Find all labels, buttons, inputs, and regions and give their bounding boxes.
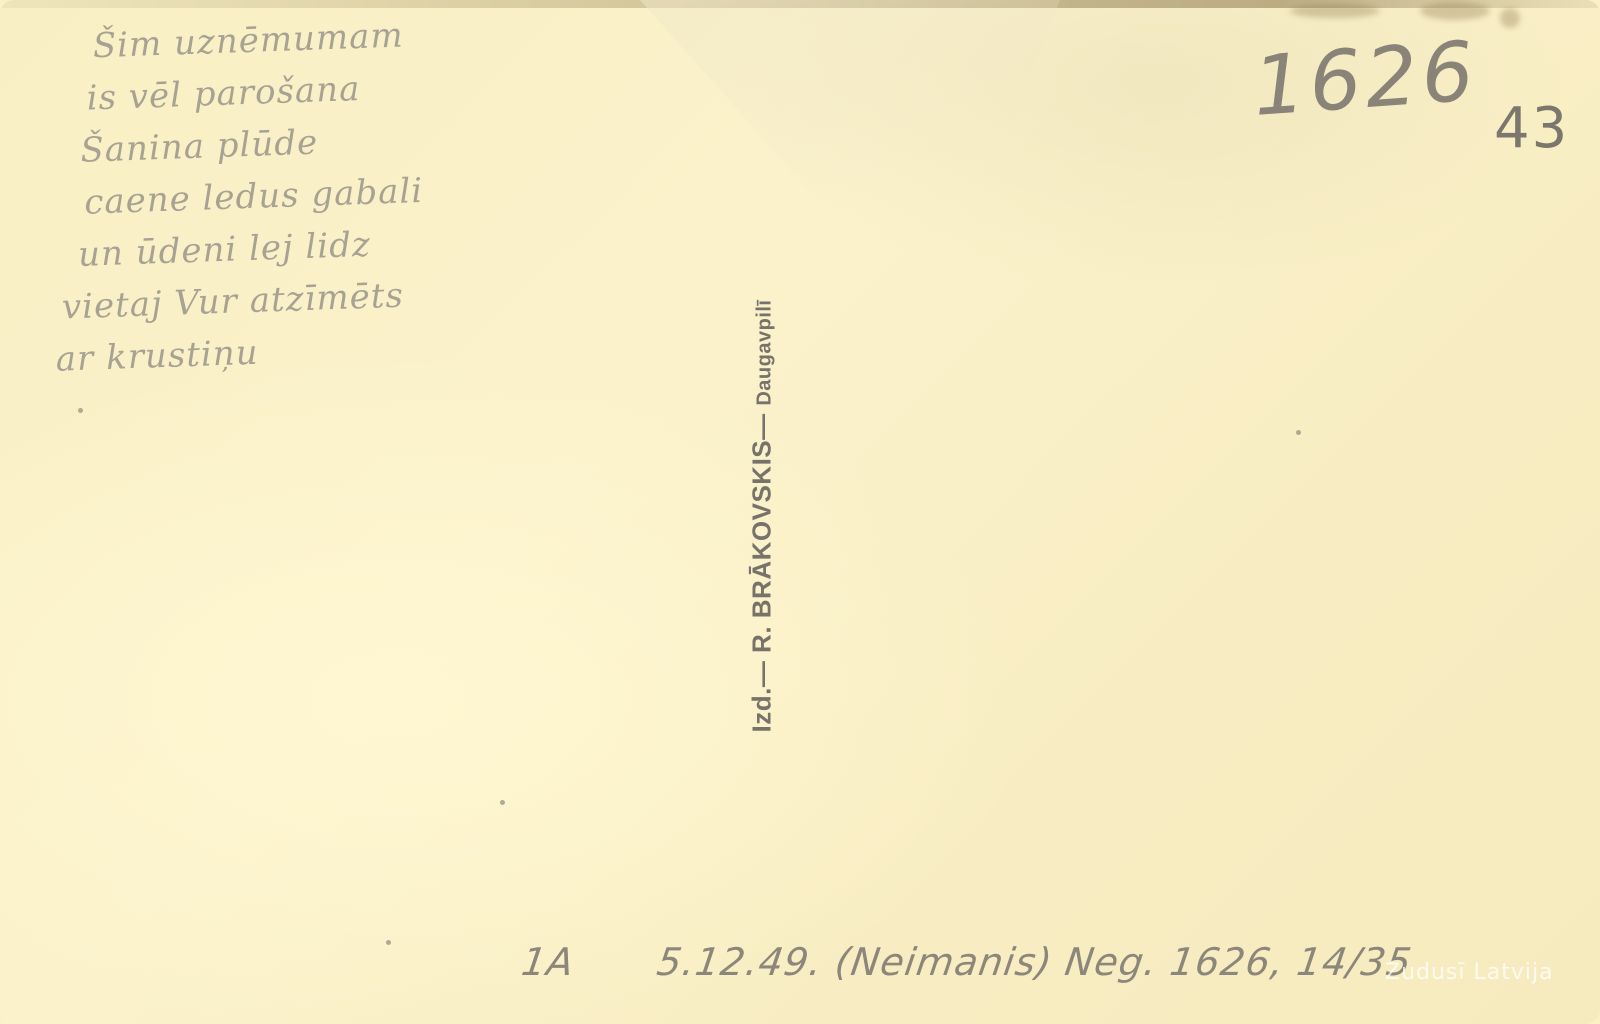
- postcard-back: Šim uznēmumam is vēl parošana Šanina plū…: [0, 0, 1600, 1024]
- speck: [1296, 430, 1301, 435]
- publisher-name: Izd.— R. BRĀKOVSKIS—: [747, 406, 777, 733]
- publisher-imprint: Izd.— R. BRĀKOVSKIS— Daugavpilī: [747, 300, 778, 733]
- watermark: Zudusī Latvija: [1385, 960, 1554, 985]
- publisher-city: Daugavpilī: [754, 300, 776, 406]
- catalog-sub-number: 43: [1494, 96, 1569, 161]
- stain-mark: [1500, 8, 1520, 28]
- archive-note: 1A 5.12.49. (Neimanis) Neg. 1626, 14/35: [519, 940, 1415, 984]
- speck: [500, 800, 505, 805]
- catalog-number: 1626: [1250, 24, 1481, 134]
- handwritten-note: Šim uznēmumam is vēl parošana Šanina plū…: [44, 1, 656, 386]
- stain-mark: [1420, 2, 1490, 20]
- stain-mark: [1290, 4, 1380, 18]
- archive-note-text: 5.12.49. (Neimanis) Neg. 1626, 14/35: [654, 940, 1415, 984]
- speck: [78, 408, 83, 413]
- archive-note-prefix: 1A: [519, 940, 577, 984]
- paper-fold-shadow: [640, 0, 1060, 330]
- speck: [386, 940, 391, 945]
